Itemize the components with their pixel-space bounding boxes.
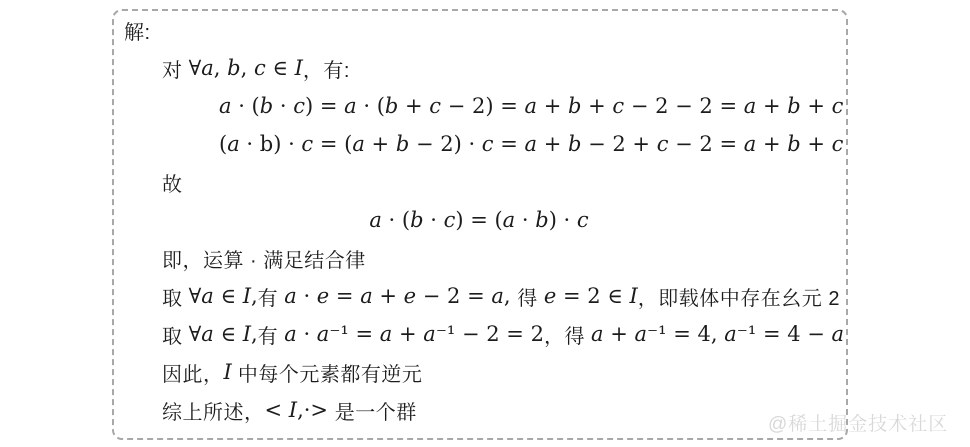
math-segment: a — [503, 208, 516, 232]
math-segment: ∈ — [214, 322, 243, 346]
text-segment: 中每个元素都有逆元 — [232, 358, 423, 387]
math-segment: , — [251, 284, 258, 308]
math-segment: ) · — [549, 208, 577, 232]
math-segment: = 2 ∈ — [556, 284, 629, 308]
math-segment: ∀ — [189, 56, 202, 80]
math-segment: I — [289, 398, 297, 422]
math-segment: ) = ( — [455, 208, 502, 232]
math-segment: e — [544, 284, 556, 308]
math-segment: b — [535, 208, 548, 232]
math-segment: ∈ — [844, 322, 846, 346]
math-segment: ( — [219, 132, 227, 156]
math-segment: a — [352, 132, 365, 156]
math-segment: ⁻¹ — [329, 322, 349, 346]
math-segment: I — [224, 360, 232, 384]
line-associativity-statement: 即，运算 · 满足结合律 — [122, 239, 836, 277]
math-segment: = — [349, 322, 380, 346]
math-segment: a — [360, 284, 373, 308]
math-segment: = — [329, 284, 360, 308]
math-segment: a — [201, 284, 214, 308]
text-segment: 对 — [162, 54, 189, 83]
math-segment: · — [273, 94, 293, 118]
math-segment: a — [369, 208, 382, 232]
math-segment: · ( — [382, 208, 410, 232]
math-segment: − 2) · — [409, 132, 482, 156]
line-jie-label: 解: — [122, 11, 836, 49]
math-segment: c — [577, 208, 589, 232]
math-segment: e — [404, 284, 416, 308]
math-segment: b — [787, 94, 800, 118]
math-segment: < — [265, 398, 289, 422]
math-segment: , — [251, 322, 258, 346]
text-segment: 有 — [258, 320, 285, 349]
math-segment: a — [227, 132, 240, 156]
math-segment: · b) · — [240, 132, 302, 156]
text-segment: 取 — [162, 282, 189, 311]
page-canvas: 解:对 ∀a, b, c ∈ I，有:a · (b · c) = a · (b … — [0, 0, 970, 447]
math-segment: + — [365, 132, 396, 156]
text-segment: 有 — [258, 282, 285, 311]
math-segment: a — [201, 322, 214, 346]
math-segment: + — [398, 94, 429, 118]
math-segment: = 4, — [667, 322, 725, 346]
math-segment: = ( — [313, 132, 352, 156]
math-segment: + — [756, 94, 787, 118]
text-segment: 即，运算 · 满足结合律 — [162, 244, 366, 273]
watermark: @稀土掘金技术社区 — [768, 409, 948, 436]
math-segment: − 2 − 2 = — [624, 94, 744, 118]
math-segment: a — [525, 132, 538, 156]
math-segment: c — [293, 94, 305, 118]
math-segment: a — [423, 322, 436, 346]
math-segment: + — [537, 94, 568, 118]
math-segment: c — [482, 132, 494, 156]
math-segment: + — [801, 94, 832, 118]
math-segment: ∀ — [189, 322, 202, 346]
solution-dashed-box: 解:对 ∀a, b, c ∈ I，有:a · (b · c) = a · (b … — [112, 9, 848, 440]
math-segment: + — [537, 132, 568, 156]
text-segment: 综上所述， — [162, 396, 265, 425]
math-segment: a — [380, 322, 393, 346]
math-segment: a — [344, 94, 357, 118]
line-assoc-right: (a · b) · c = (a + b − 2) · c = a + b − … — [122, 125, 836, 163]
text-segment: 因此， — [162, 358, 224, 387]
math-segment: + — [581, 94, 612, 118]
math-segment: b — [385, 94, 398, 118]
line-forall-abc: 对 ∀a, b, c ∈ I，有: — [122, 49, 836, 87]
math-segment: a — [832, 322, 845, 346]
math-segment: ∈ — [214, 284, 243, 308]
math-segment: I — [629, 284, 637, 308]
math-segment: a — [219, 94, 232, 118]
math-segment: , — [241, 56, 254, 80]
math-segment: − 2 + — [581, 132, 656, 156]
line-identity-element: 取 ∀a ∈ I,有 a · e = a + e − 2 = a, 得 e = … — [122, 277, 836, 315]
math-segment: − 2 = 2 — [455, 322, 544, 346]
line-final-conclusion: 综上所述，< I,·> 是一个群 — [122, 391, 836, 429]
math-segment: , — [504, 284, 517, 308]
text-segment: ，得 — [544, 320, 591, 349]
line-assoc-left: a · (b · c) = a · (b + c − 2) = a + b + … — [122, 87, 836, 125]
math-segment: − 2 = — [668, 132, 743, 156]
math-segment: + — [801, 132, 832, 156]
math-segment: b — [568, 94, 581, 118]
text-segment: 得 — [517, 282, 544, 311]
math-segment: c — [832, 94, 844, 118]
math-segment: b — [260, 94, 273, 118]
math-segment: ∀ — [189, 284, 202, 308]
text-segment: 是一个群 — [335, 396, 417, 425]
math-segment: b — [410, 208, 423, 232]
math-segment: a — [491, 284, 504, 308]
line-gu: 故 — [122, 163, 836, 201]
math-segment: a — [284, 322, 297, 346]
text-segment: 取 — [162, 320, 189, 349]
math-segment: − 2 = — [416, 284, 491, 308]
math-segment: a — [591, 322, 604, 346]
math-segment: ⁻¹ — [647, 322, 667, 346]
math-segment: · — [297, 322, 317, 346]
math-segment: + — [392, 322, 423, 346]
math-segment: , — [214, 56, 227, 80]
math-segment: − 2) = — [441, 94, 524, 118]
math-segment: ,·> — [297, 398, 335, 422]
math-segment: e — [317, 284, 329, 308]
math-segment: ∈ — [266, 56, 295, 80]
math-segment: · — [424, 208, 444, 232]
math-segment: a — [201, 56, 214, 80]
math-segment: c — [657, 132, 669, 156]
math-segment: c — [429, 94, 441, 118]
math-segment: − 4 — [843, 94, 846, 118]
math-segment: I — [243, 322, 251, 346]
math-segment: ) = — [305, 94, 344, 118]
math-segment: b — [396, 132, 409, 156]
text-segment: 解: — [124, 16, 151, 45]
text-segment: 故 — [162, 168, 183, 197]
math-segment: = 4 − — [756, 322, 831, 346]
text-segment: ，即载体中存在幺元 2 — [638, 282, 840, 311]
math-segment: + — [756, 132, 787, 156]
math-segment: · — [515, 208, 535, 232]
math-segment: a — [284, 284, 297, 308]
text-segment: ，有: — [303, 54, 350, 83]
math-segment: · — [297, 284, 317, 308]
line-assoc-conclusion: a · (b · c) = (a · b) · c — [122, 201, 836, 239]
math-segment: a — [635, 322, 648, 346]
math-segment: I — [295, 56, 303, 80]
math-segment: − 4 — [843, 132, 846, 156]
math-segment: b — [568, 132, 581, 156]
math-segment: + — [604, 322, 635, 346]
math-segment: = — [494, 132, 525, 156]
math-segment: a — [317, 322, 330, 346]
line-inverse-element: 取 ∀a ∈ I,有 a · a⁻¹ = a + a⁻¹ − 2 = 2，得 a… — [122, 315, 836, 353]
math-segment: + — [373, 284, 404, 308]
math-segment: c — [832, 132, 844, 156]
solution-lines: 解:对 ∀a, b, c ∈ I，有:a · (b · c) = a · (b … — [114, 11, 846, 438]
math-segment: a — [724, 322, 737, 346]
math-segment: b — [787, 132, 800, 156]
math-segment: c — [254, 56, 266, 80]
math-segment: c — [612, 94, 624, 118]
math-segment: · ( — [232, 94, 260, 118]
math-segment: a — [744, 94, 757, 118]
math-segment: a — [525, 94, 538, 118]
line-inverse-conclusion: 因此，I 中每个元素都有逆元 — [122, 353, 836, 391]
math-segment: ⁻¹ — [436, 322, 456, 346]
math-segment: b — [227, 56, 240, 80]
math-segment: c — [444, 208, 456, 232]
math-segment: a — [744, 132, 757, 156]
math-segment: ⁻¹ — [737, 322, 757, 346]
math-segment: I — [243, 284, 251, 308]
math-segment: · ( — [357, 94, 385, 118]
math-segment: c — [301, 132, 313, 156]
